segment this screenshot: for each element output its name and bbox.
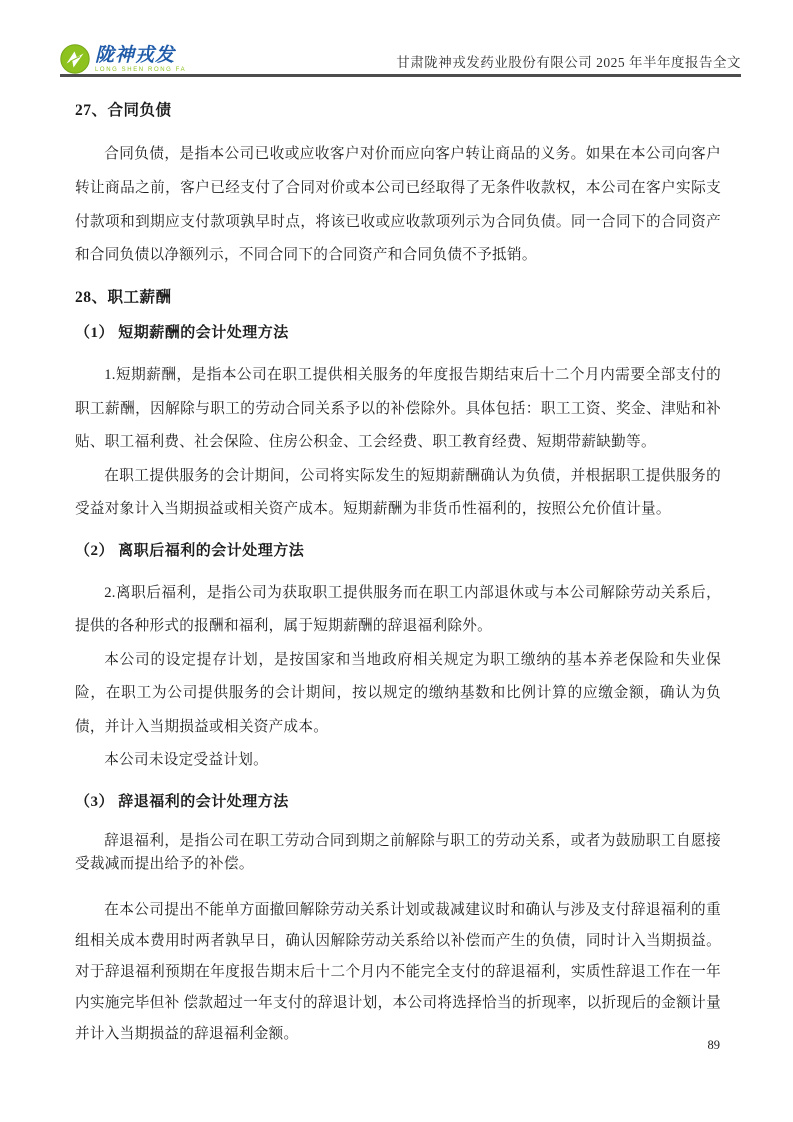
paragraph-post-employment-2: 本公司的设定提存计划，是按国家和当地政府相关规定为职工缴纳的基本养老保险和失业保…	[75, 644, 721, 745]
page-header: 陇神戎发 LONG SHEN RONG FA 甘肃陇神戎发药业股份有限公司 20…	[60, 42, 741, 74]
report-page: 陇神戎发 LONG SHEN RONG FA 甘肃陇神戎发药业股份有限公司 20…	[0, 0, 793, 1122]
subsection-heading-3: （3） 辞退福利的会计处理方法	[75, 792, 721, 814]
document-title: 甘肃陇神戎发药业股份有限公司 2025 年半年度报告全文	[396, 51, 741, 74]
document-body: 27、合同负债 合同负债，是指本公司已收或应收客户对价而应向客户转让商品的义务。…	[75, 90, 721, 1050]
subsection-heading-1: （1） 短期薪酬的会计处理方法	[75, 323, 721, 345]
company-logo: 陇神戎发 LONG SHEN RONG FA	[60, 44, 186, 74]
section-heading-27: 27、合同负债	[75, 100, 721, 122]
paragraph-post-employment-3: 本公司未设定受益计划。	[75, 744, 721, 778]
logo-en-text: LONG SHEN RONG FA	[95, 67, 186, 73]
section-heading-28: 28、职工薪酬	[75, 287, 721, 309]
subsection-heading-2: （2） 离职后福利的会计处理方法	[75, 541, 721, 563]
page-number: 89	[708, 1038, 721, 1053]
paragraph-post-employment-1: 2.离职后福利，是指公司为获取职工提供服务而在职工内部退休或与本公司解除劳动关系…	[75, 577, 721, 644]
paragraph-short-term-1: 1.短期薪酬，是指本公司在职工提供相关服务的年度报告期结束后十二个月内需要全部支…	[75, 359, 721, 460]
logo-icon	[60, 44, 90, 74]
header-divider	[60, 74, 741, 77]
paragraph-short-term-2: 在职工提供服务的会计期间，公司将实际发生的短期薪酬确认为负债，并根据职工提供服务…	[75, 460, 721, 527]
paragraph-termination-1: 辞退福利，是指公司在职工劳动合同到期之前解除与职工的劳动关系，或者为鼓励职工自愿…	[75, 830, 721, 877]
paragraph-contract-liability: 合同负债，是指本公司已收或应收客户对价而应向客户转让商品的义务。如果在本公司向客…	[75, 138, 721, 272]
paragraph-termination-2: 在本公司提出不能单方面撤回解除劳动关系计划或裁减建议时和确认与涉及支付辞退福利的…	[75, 895, 721, 1050]
logo-text: 陇神戎发 LONG SHEN RONG FA	[95, 46, 186, 73]
logo-cn-text: 陇神戎发	[95, 46, 186, 65]
